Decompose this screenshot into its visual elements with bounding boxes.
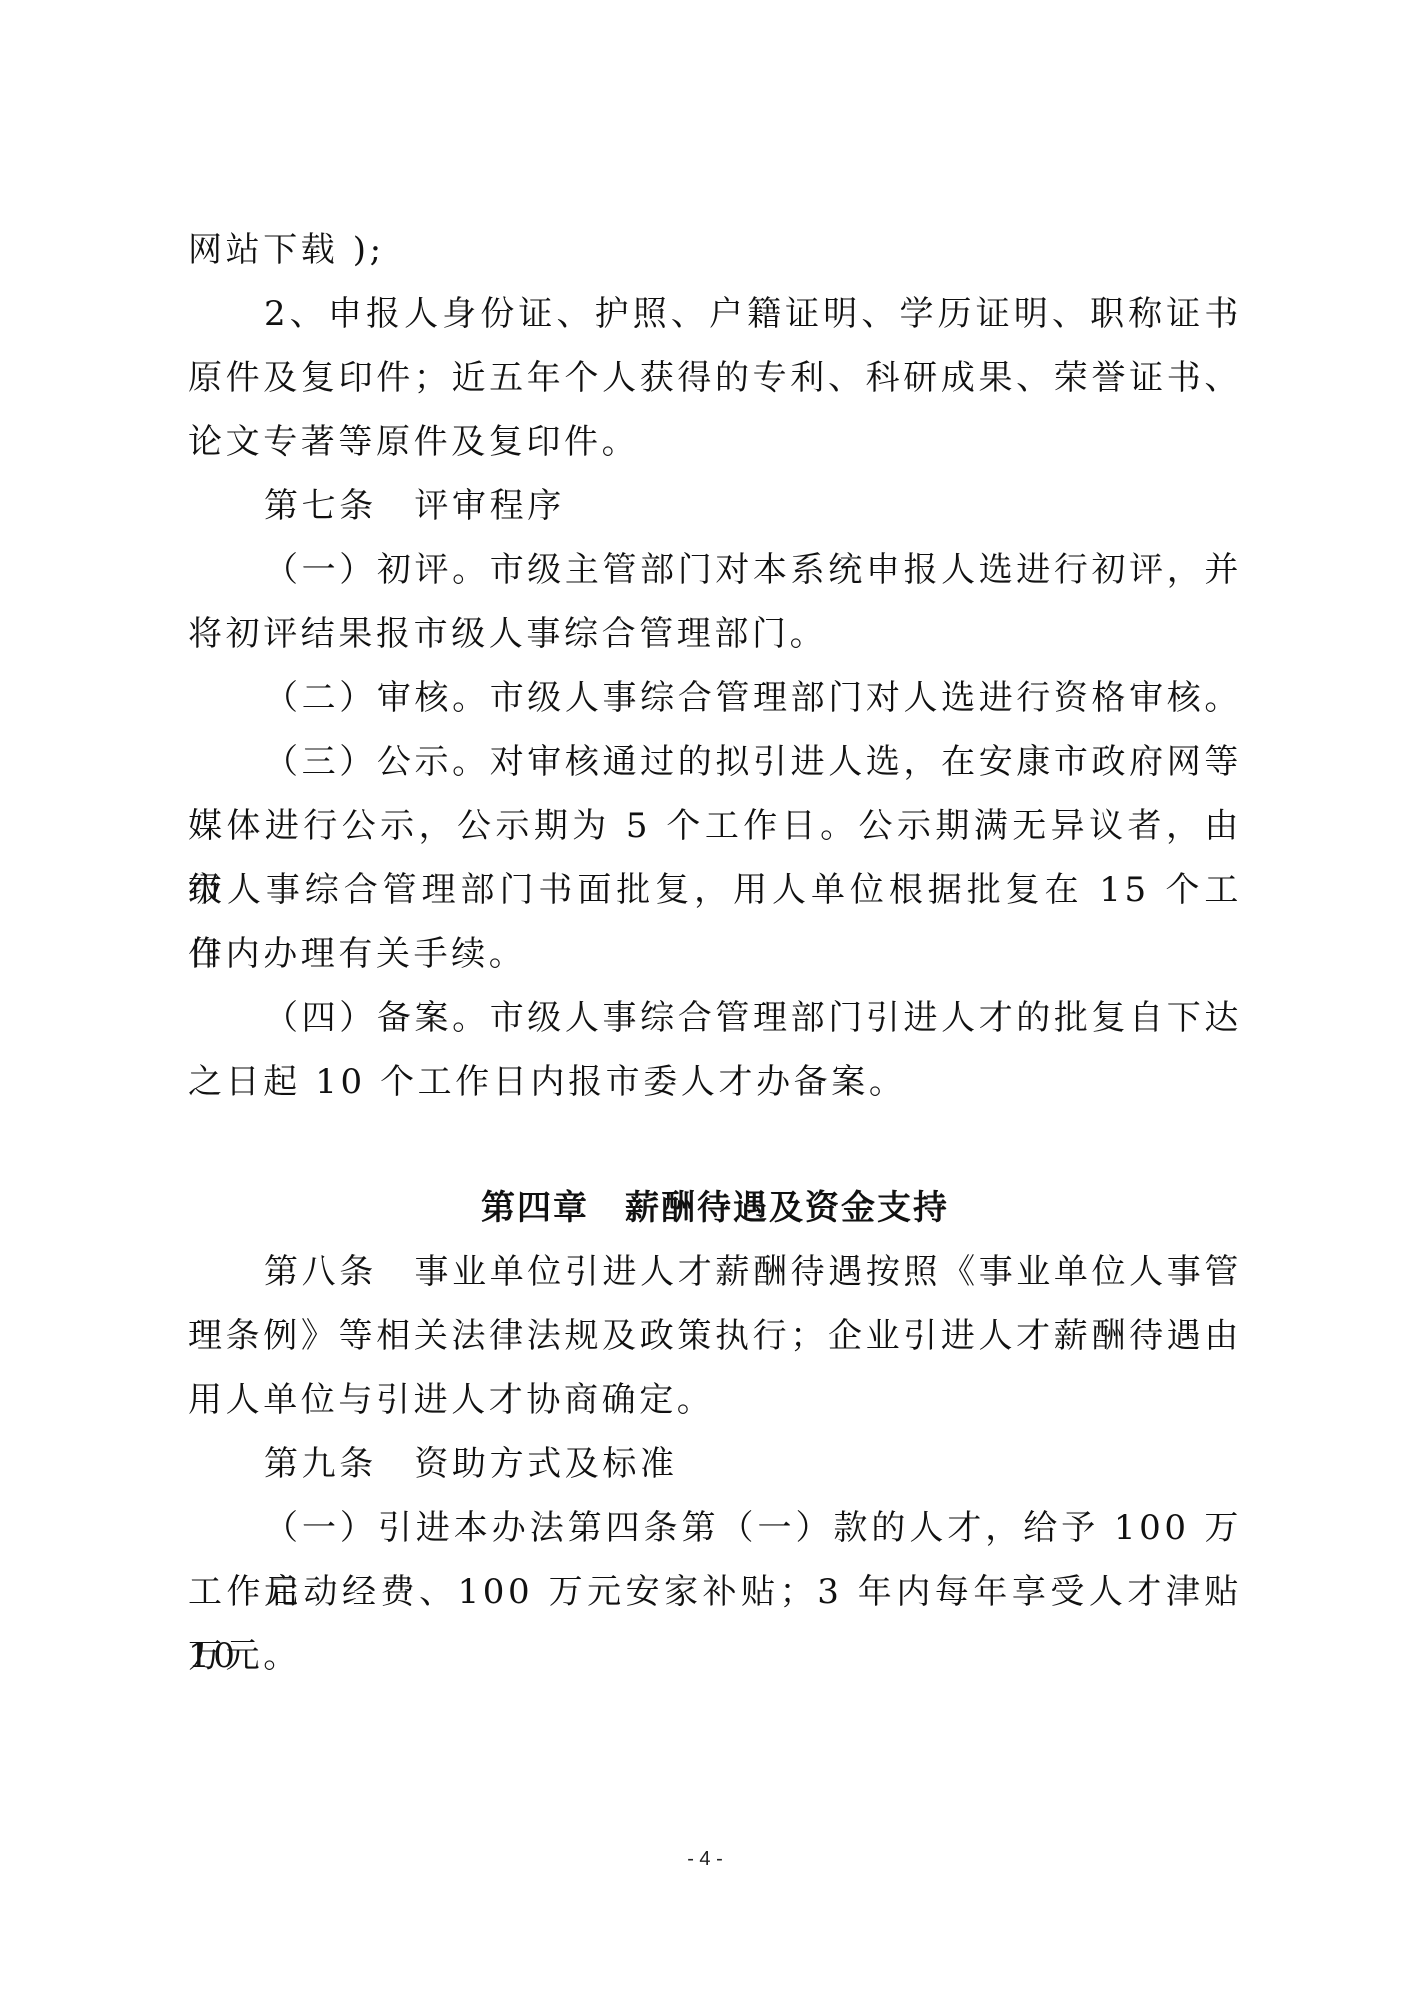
article-heading: 第七条 评审程序 (188, 474, 1242, 538)
text-line: 用人单位与引进人才协商确定。 (188, 1368, 1242, 1432)
text-line: 论文专著等原件及复印件。 (188, 410, 1242, 474)
text-line: （一）初评。市级主管部门对本系统申报人选进行初评，并 (188, 538, 1242, 602)
text-line: 理条例》等相关法律法规及政策执行；企业引进人才薪酬待遇由 (188, 1304, 1242, 1368)
section-article-6-materials: 网站下载 ); 2、申报人身份证、护照、户籍证明、学历证明、职称证书 原件及复印… (188, 218, 1242, 474)
text-line: 万元。 (188, 1624, 1242, 1688)
text-line: 媒体进行公示，公示期为 5 个工作日。公示期满无异议者，由市 (188, 794, 1242, 858)
text-line: 工作启动经费、100 万元安家补贴；3 年内每年享受人才津贴 10 (188, 1560, 1242, 1624)
section-article-8-9-compensation: 第八条 事业单位引进人才薪酬待遇按照《事业单位人事管 理条例》等相关法律法规及政… (188, 1240, 1242, 1688)
text-line: 原件及复印件；近五年个人获得的专利、科研成果、荣誉证书、 (188, 346, 1242, 410)
text-line: 2、申报人身份证、护照、户籍证明、学历证明、职称证书 (188, 282, 1242, 346)
text-line: 第八条 事业单位引进人才薪酬待遇按照《事业单位人事管 (188, 1240, 1242, 1304)
document-page: 网站下载 ); 2、申报人身份证、护照、户籍证明、学历证明、职称证书 原件及复印… (188, 218, 1242, 1688)
text-line: （二）审核。市级人事综合管理部门对人选进行资格审核。 (188, 666, 1242, 730)
section-spacer (188, 1114, 1242, 1176)
text-line: 将初评结果报市级人事综合管理部门。 (188, 602, 1242, 666)
text-line: 日内办理有关手续。 (188, 922, 1242, 986)
text-line: （四）备案。市级人事综合管理部门引进人才的批复自下达 (188, 986, 1242, 1050)
text-line: （三）公示。对审核通过的拟引进人选，在安康市政府网等 (188, 730, 1242, 794)
text-line: 网站下载 ); (188, 218, 1242, 282)
page-number: - 4 - (0, 1848, 1410, 1871)
section-article-7-review-procedure: 第七条 评审程序 （一）初评。市级主管部门对本系统申报人选进行初评，并 将初评结… (188, 474, 1242, 1114)
text-line: （一）引进本办法第四条第（一）款的人才，给予 100 万元 (188, 1496, 1242, 1560)
text-line: 级人事综合管理部门书面批复，用人单位根据批复在 15 个工作 (188, 858, 1242, 922)
text-line: 之日起 10 个工作日内报市委人才办备案。 (188, 1050, 1242, 1114)
article-heading: 第九条 资助方式及标准 (188, 1432, 1242, 1496)
chapter-heading: 第四章 薪酬待遇及资金支持 (188, 1176, 1242, 1240)
